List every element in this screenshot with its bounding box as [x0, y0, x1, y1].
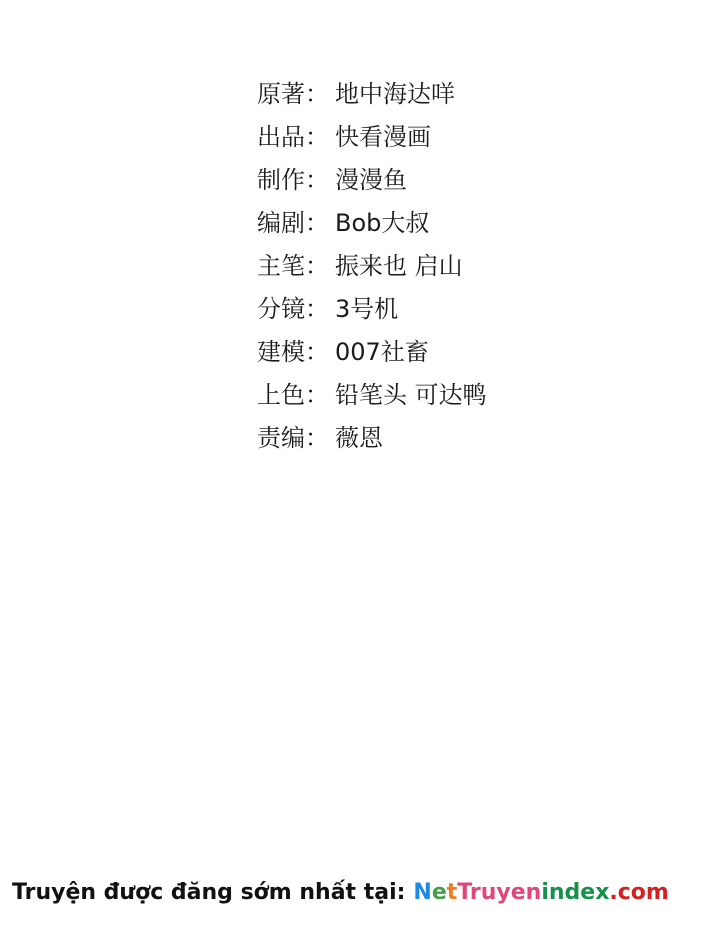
credit-row-storyboard: 分镜： 3号机	[257, 285, 487, 328]
credit-role: 出品：	[257, 117, 335, 152]
credit-name: 快看漫画	[335, 117, 431, 152]
site-letter-t: t	[447, 880, 458, 905]
credit-role: 责编：	[257, 418, 335, 453]
credit-row-production: 制作： 漫漫鱼	[257, 156, 487, 199]
site-part-truyen: Truyen	[457, 880, 541, 905]
credit-row-lead-artist: 主笔： 振来也 启山	[257, 242, 487, 285]
credit-row-coloring: 上色： 铅笔头 可达鸭	[257, 371, 487, 414]
credit-name: 007社畜	[335, 332, 429, 367]
site-letter-e: e	[432, 880, 447, 905]
credit-role: 原著：	[257, 74, 335, 109]
credit-row-screenwriter: 编剧： Bob大叔	[257, 199, 487, 242]
credit-row-modeling: 建模： 007社畜	[257, 328, 487, 371]
credit-row-publisher: 出品： 快看漫画	[257, 113, 487, 156]
credit-role: 编剧：	[257, 203, 335, 238]
credit-role: 分镜：	[257, 289, 335, 324]
site-link[interactable]: NetTruyenindex.com	[413, 880, 668, 905]
credit-role: 建模：	[257, 332, 335, 367]
credit-row-editor: 责编： 薇恩	[257, 414, 487, 457]
credits-list: 原著： 地中海达咩 出品： 快看漫画 制作： 漫漫鱼 编剧： Bob大叔 主笔：…	[257, 70, 487, 457]
watermark-footer: Truyện được đăng sớm nhất tại: NetTruyen…	[12, 872, 669, 912]
credit-role: 制作：	[257, 160, 335, 195]
credit-row-original-author: 原著： 地中海达咩	[257, 70, 487, 113]
credit-name: 3号机	[335, 289, 398, 324]
watermark-text: Truyện được đăng sớm nhất tại:	[12, 880, 405, 905]
credit-role: 上色：	[257, 375, 335, 410]
credit-name: 铅笔头 可达鸭	[335, 375, 487, 410]
credit-name: 薇恩	[335, 418, 383, 453]
site-letter-n: N	[413, 880, 431, 905]
credit-name: 振来也 启山	[335, 246, 463, 281]
credit-role: 主笔：	[257, 246, 335, 281]
site-part-index: index	[541, 880, 609, 905]
credit-name: 漫漫鱼	[335, 160, 407, 195]
credit-name: 地中海达咩	[335, 74, 455, 109]
credit-name: Bob大叔	[335, 203, 429, 238]
site-part-com: .com	[609, 880, 668, 905]
